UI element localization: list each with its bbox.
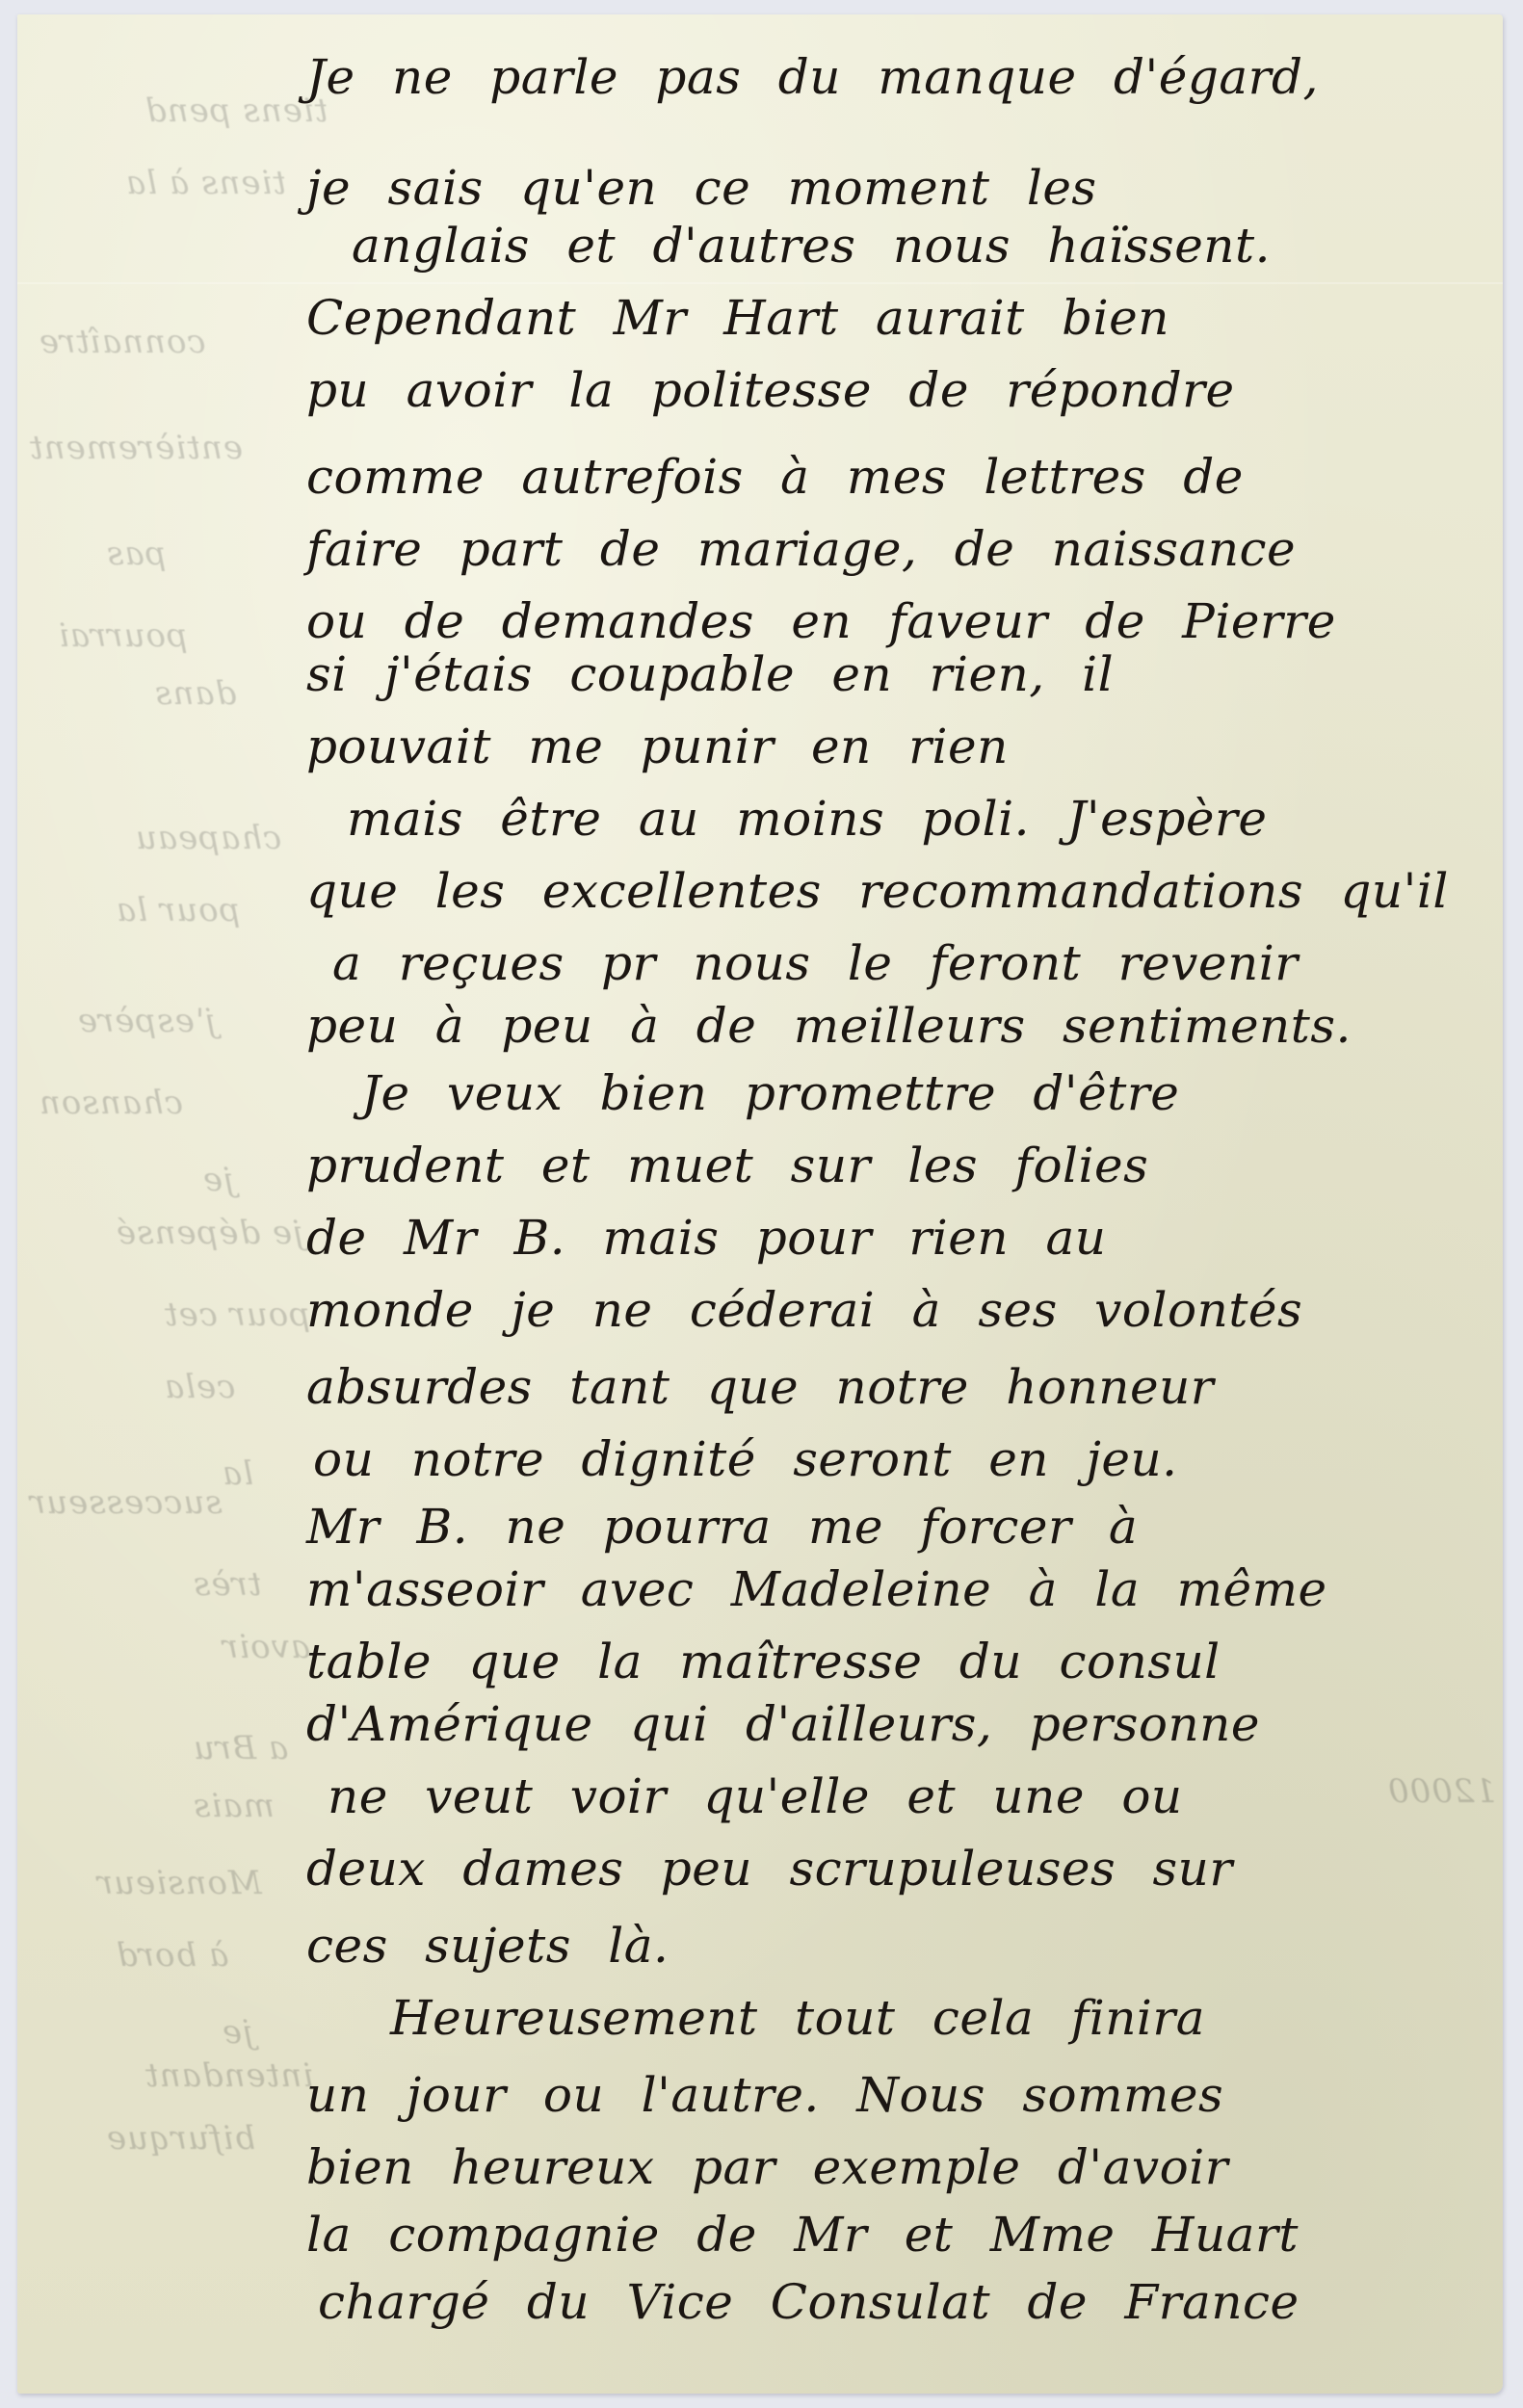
bleed-through-fragment: bifurque xyxy=(106,2119,255,2158)
handwritten-line: chargé du Vice Consulat de France xyxy=(318,2278,1300,2326)
bleed-through-fragment: a Bru xyxy=(193,1729,288,1767)
handwritten-line: Cependant Mr Hart aurait bien xyxy=(306,294,1169,342)
handwritten-line: Je ne parle pas du manque d'égard, xyxy=(306,53,1319,101)
bleed-through-fragment: cela xyxy=(164,1368,235,1406)
handwritten-line: un jour ou l'autre. Nous sommes xyxy=(306,2071,1223,2119)
bleed-through-fragment: tiens à la xyxy=(125,164,286,202)
handwritten-line: je sais qu'en ce moment les xyxy=(306,164,1097,212)
bleed-through-fragment: chanson xyxy=(39,1084,183,1122)
bleed-through-fragment: la xyxy=(222,1454,253,1493)
handwritten-line: deux dames peu scrupuleuses sur xyxy=(306,1845,1233,1893)
handwritten-line: Je veux bien promettre d'être xyxy=(361,1069,1179,1117)
handwritten-line: pu avoir la politesse de répondre xyxy=(306,366,1235,414)
bleed-through-fragment: entièrement xyxy=(29,429,243,467)
handwritten-line: ou de demandes en faveur de Pierre xyxy=(306,597,1336,645)
handwritten-line: ces sujets là. xyxy=(306,1922,669,1970)
bleed-through-fragment: pourrai xyxy=(58,616,188,655)
bleed-through-fragment: très xyxy=(193,1565,262,1604)
bleed-through-fragment: à bord xyxy=(116,1936,228,1975)
handwritten-line: si j'étais coupable en rien, il xyxy=(306,650,1114,698)
handwritten-line: bien heureux par exemple d'avoir xyxy=(306,2143,1228,2191)
bleed-through-fragment: je xyxy=(202,1161,234,1199)
handwritten-line: m'asseoir avec Madeleine à la même xyxy=(306,1565,1327,1613)
handwritten-line: prudent et muet sur les folies xyxy=(306,1141,1148,1190)
bleed-through-fragment: tiens pend xyxy=(144,92,328,130)
handwritten-line: ne veut voir qu'elle et une ou xyxy=(328,1772,1183,1820)
bleed-through-fragment: avoir xyxy=(222,1628,310,1666)
handwritten-line: Heureusement tout cela finira xyxy=(390,1994,1205,2042)
handwritten-line: a reçues pr nous le feront revenir xyxy=(332,939,1299,987)
bleed-through-fragment: je dépensé xyxy=(116,1214,303,1252)
handwritten-line: la compagnie de Mr et Mme Huart xyxy=(306,2211,1299,2259)
handwritten-line: ou notre dignité seront en jeu. xyxy=(313,1435,1178,1483)
handwritten-line: comme autrefois à mes lettres de xyxy=(306,453,1244,501)
bleed-through-fragment: pour la xyxy=(116,891,240,929)
bleed-through-fragment: successeur xyxy=(29,1483,223,1522)
handwritten-line: d'Amérique qui d'ailleurs, personne xyxy=(306,1700,1260,1748)
bleed-through-fragment: pas xyxy=(106,535,166,573)
handwritten-line: monde je ne céderai à ses volontés xyxy=(306,1286,1302,1334)
bleed-through-fragment: j'espère xyxy=(77,1002,216,1040)
bleed-through-fragment: intendant xyxy=(144,2056,313,2095)
handwritten-line: table que la maîtresse du consul xyxy=(306,1637,1221,1686)
bleed-through-fragment: pour cet xyxy=(164,1296,310,1334)
letter-page: tiens pendtiens à laconnaîtreentièrement… xyxy=(17,14,1503,2394)
handwritten-line: faire part de mariage, de naissance xyxy=(306,525,1296,573)
handwritten-line: mais être au moins poli. J'espère xyxy=(347,795,1268,843)
handwritten-line: peu à peu à de meilleurs sentiments. xyxy=(306,1002,1352,1050)
bleed-through-fragment: connaître xyxy=(39,323,206,361)
handwritten-line: pouvait me punir en rien xyxy=(306,722,1009,771)
handwritten-line: anglais et d'autres nous haïssent. xyxy=(352,222,1271,270)
bleed-through-fragment: Monsieur xyxy=(96,1864,262,1902)
bleed-through-fragment: mais xyxy=(193,1787,275,1825)
handwritten-line: que les excellentes recommandations qu'i… xyxy=(306,867,1449,915)
bleed-through-fragment: chapeau xyxy=(135,819,281,857)
handwritten-line: Mr B. ne pourra me forcer à xyxy=(306,1503,1138,1551)
bleed-through-fragment: je xyxy=(222,2013,253,2052)
handwritten-line: de Mr B. mais pour rien au xyxy=(306,1214,1106,1262)
bleed-through-fragment: 12000 xyxy=(1387,1772,1496,1811)
handwritten-line: absurdes tant que notre honneur xyxy=(306,1363,1214,1411)
bleed-through-fragment: dans xyxy=(154,674,236,713)
